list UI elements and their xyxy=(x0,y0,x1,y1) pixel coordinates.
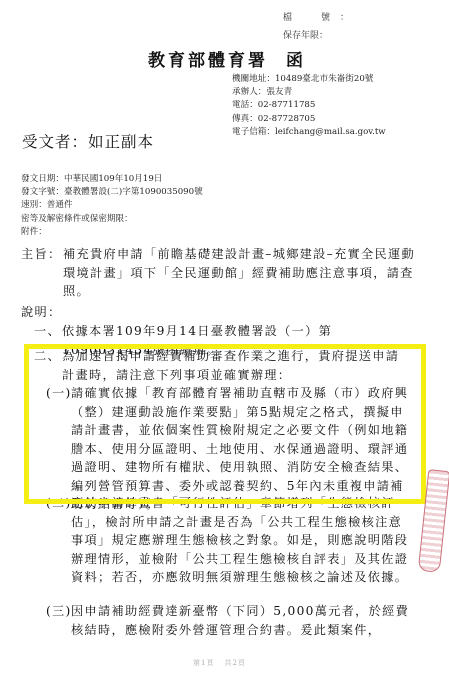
page-number: 第1頁 xyxy=(193,659,214,667)
explanation-label: 說明： xyxy=(21,303,61,322)
subject-content: 補充貴府申請「前瞻基礎建設計畫–城鄉建設–充實全民運動環境計畫」項下「全民運動館… xyxy=(63,245,421,301)
item-text: 為加速旨揭申請經費補助審查作業之進行，貴府提送申請計畫時，請注意下列事項並確實辦… xyxy=(62,347,410,384)
explanation-subitem-2: (二) 應於申請計畫書「可行性評估」章節增列「生態檢核評估」，檢討所申請之計畫是… xyxy=(46,494,410,587)
delivery-speed: 速別：普通件 xyxy=(21,199,203,212)
document-title: 教育部體育署函 xyxy=(148,46,306,71)
recipient: 受文者：如正副本 xyxy=(22,130,154,152)
subitem-text: 應於申請計畫書「可行性評估」章節增列「生態檢核評估」，檢討所申請之計畫是否為「公… xyxy=(71,494,410,587)
explanation-subitem-3: (三) 因申請補助經費達新臺幣（下同）5,000萬元者，於經費核結時，應檢附委外… xyxy=(46,602,410,639)
agency-name: 教育部體育署 xyxy=(148,51,268,71)
retention-period-label: 保存年限： xyxy=(283,27,359,45)
issue-date: 發文日期：中華民國109年10月19日 xyxy=(21,173,203,186)
file-meta: 檔 號： 保存年限： xyxy=(283,9,359,45)
red-seal-stamp-icon xyxy=(418,469,449,573)
subject: 主旨： 補充貴府申請「前瞻基礎建設計畫–城鄉建設–充實全民運動環境計畫」項下「全… xyxy=(21,245,421,301)
issue-number: 發文字號：臺教體署設(二)字第1090035090號 xyxy=(21,186,203,199)
subitem-marker: (一) xyxy=(46,384,72,403)
document-type: 函 xyxy=(286,51,306,71)
subitem-text: 因申請補助經費達新臺幣（下同）5,000萬元者，於經費核結時，應檢附委外營運管理… xyxy=(71,602,410,639)
page-footer: 第1頁共2頁 xyxy=(193,658,246,668)
fax-number: 傳真：02-87728705 xyxy=(232,113,386,126)
item-marker: 一、 xyxy=(34,322,61,341)
handler-name: 承辦人：張友青 xyxy=(232,86,386,99)
subitem-marker: (二) xyxy=(46,494,72,513)
attachment: 附件： xyxy=(21,226,203,239)
email-address: 電子信箱：leifchang@mail.sa.gov.tw xyxy=(232,126,386,139)
issue-info: 發文日期：中華民國109年10月19日 發文字號：臺教體署設(二)字第10900… xyxy=(21,173,203,239)
phone-number: 電話：02-87711785 xyxy=(232,99,386,112)
archive-number-label: 檔 號： xyxy=(283,9,359,27)
subject-label: 主旨： xyxy=(21,245,61,264)
explanation-item-2: 二、 為加速旨揭申請經費補助審查作業之進行，貴府提送申請計畫時，請注意下列事項並… xyxy=(34,347,410,384)
subitem-marker: (三) xyxy=(46,602,72,621)
secrecy-level: 密等及解密條件或保密期限： xyxy=(21,213,203,226)
contact-block: 機關地址：10489臺北市朱崙街20號 承辦人：張友青 電話：02-877117… xyxy=(232,73,386,139)
total-pages: 共2頁 xyxy=(224,659,245,667)
agency-address: 機關地址：10489臺北市朱崙街20號 xyxy=(232,73,386,86)
item-marker: 二、 xyxy=(34,347,61,366)
